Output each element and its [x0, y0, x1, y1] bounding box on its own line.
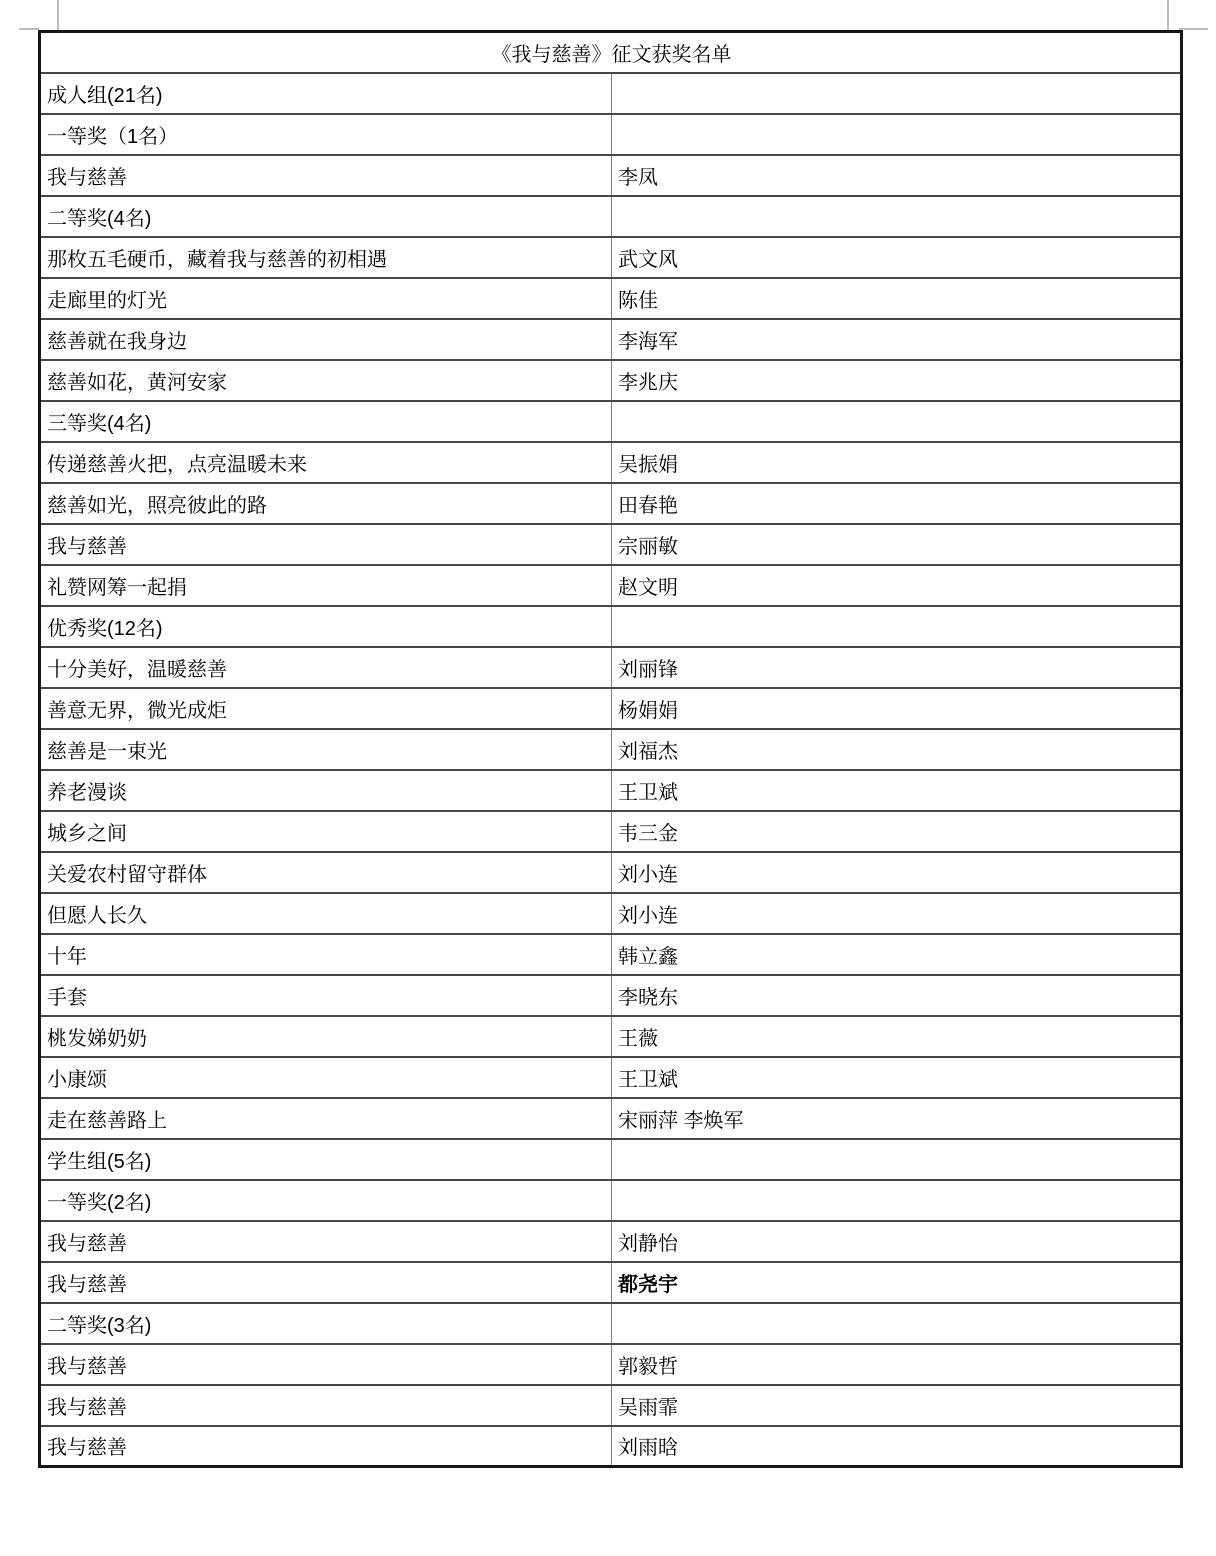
- entry-author-cell[interactable]: 李兆庆: [612, 360, 1182, 401]
- table-row: 传递慈善火把，点亮温暖未来吴振娟: [40, 442, 1182, 483]
- entry-author-cell[interactable]: 宋丽萍 李焕军: [612, 1098, 1182, 1139]
- entry-title-cell[interactable]: 桃发娣奶奶: [40, 1016, 612, 1057]
- entry-title-cell[interactable]: 养老漫谈: [40, 770, 612, 811]
- entry-title-cell[interactable]: 小康颂: [40, 1057, 612, 1098]
- entry-title-cell[interactable]: 成人组(21名): [40, 73, 612, 114]
- entry-title-cell[interactable]: 二等奖(3名): [40, 1303, 612, 1344]
- table-row: 我与慈善宗丽敏: [40, 524, 1182, 565]
- table-row: 走廊里的灯光陈佳: [40, 278, 1182, 319]
- table-row: 城乡之间韦三金: [40, 811, 1182, 852]
- table-title[interactable]: 《我与慈善》征文获奖名单: [40, 32, 1182, 73]
- table-row: 优秀奖(12名): [40, 606, 1182, 647]
- table-row: 桃发娣奶奶王薇: [40, 1016, 1182, 1057]
- entry-author-cell[interactable]: 郭毅哲: [612, 1344, 1182, 1385]
- entry-author-cell[interactable]: [612, 401, 1182, 442]
- entry-title-cell[interactable]: 我与慈善: [40, 524, 612, 565]
- entry-author-cell[interactable]: 宗丽敏: [612, 524, 1182, 565]
- sheet-gridline-vertical-left: [57, 0, 59, 30]
- entry-title-cell[interactable]: 传递慈善火把，点亮温暖未来: [40, 442, 612, 483]
- entry-author-cell[interactable]: 田春艳: [612, 483, 1182, 524]
- entry-author-cell[interactable]: 刘雨晗: [612, 1426, 1182, 1467]
- table-row: 关爱农村留守群体刘小连: [40, 852, 1182, 893]
- entry-author-cell[interactable]: [612, 114, 1182, 155]
- entry-author-cell[interactable]: 武文风: [612, 237, 1182, 278]
- entry-title-cell[interactable]: 慈善就在我身边: [40, 319, 612, 360]
- sheet-gridline-horizontal-left: [19, 28, 39, 30]
- entry-title-cell[interactable]: 我与慈善: [40, 1221, 612, 1262]
- table-row: 一等奖(2名): [40, 1180, 1182, 1221]
- table-row: 礼赞网筹一起捐赵文明: [40, 565, 1182, 606]
- entry-title-cell[interactable]: 我与慈善: [40, 1344, 612, 1385]
- entry-title-cell[interactable]: 礼赞网筹一起捐: [40, 565, 612, 606]
- entry-author-cell[interactable]: 李海军: [612, 319, 1182, 360]
- entry-title-cell[interactable]: 走廊里的灯光: [40, 278, 612, 319]
- entry-title-cell[interactable]: 慈善是一束光: [40, 729, 612, 770]
- table-row: 慈善就在我身边李海军: [40, 319, 1182, 360]
- entry-author-cell[interactable]: 吴振娟: [612, 442, 1182, 483]
- entry-author-cell[interactable]: [612, 606, 1182, 647]
- table-row: 我与慈善李凤: [40, 155, 1182, 196]
- entry-title-cell[interactable]: 优秀奖(12名): [40, 606, 612, 647]
- table-row: 一等奖（1名）: [40, 114, 1182, 155]
- entry-title-cell[interactable]: 关爱农村留守群体: [40, 852, 612, 893]
- table-row: 十分美好，温暖慈善刘丽锋: [40, 647, 1182, 688]
- entry-title-cell[interactable]: 慈善如光，照亮彼此的路: [40, 483, 612, 524]
- entry-title-cell[interactable]: 但愿人长久: [40, 893, 612, 934]
- table-row: 十年韩立鑫: [40, 934, 1182, 975]
- entry-author-cell[interactable]: 刘丽锋: [612, 647, 1182, 688]
- entry-author-cell[interactable]: 杨娟娟: [612, 688, 1182, 729]
- entry-author-cell[interactable]: 陈佳: [612, 278, 1182, 319]
- entry-title-cell[interactable]: 一等奖（1名）: [40, 114, 612, 155]
- table-row: 养老漫谈王卫斌: [40, 770, 1182, 811]
- sheet-area: 《我与慈善》征文获奖名单 成人组(21名)一等奖（1名）我与慈善李凤二等奖(4名…: [0, 0, 1216, 1556]
- table-row: 学生组(5名): [40, 1139, 1182, 1180]
- entry-author-cell[interactable]: [612, 196, 1182, 237]
- entry-title-cell[interactable]: 慈善如花，黄河安家: [40, 360, 612, 401]
- table-row: 我与慈善郭毅哲: [40, 1344, 1182, 1385]
- entry-author-cell[interactable]: 刘小连: [612, 852, 1182, 893]
- entry-author-cell[interactable]: 刘福杰: [612, 729, 1182, 770]
- entry-author-cell[interactable]: [612, 1180, 1182, 1221]
- entry-title-cell[interactable]: 善意无界，微光成炬: [40, 688, 612, 729]
- entry-author-cell[interactable]: 王卫斌: [612, 1057, 1182, 1098]
- entry-author-cell[interactable]: [612, 1303, 1182, 1344]
- table-row: 那枚五毛硬币，藏着我与慈善的初相遇武文风: [40, 237, 1182, 278]
- entry-author-cell[interactable]: 刘小连: [612, 893, 1182, 934]
- entry-author-cell[interactable]: 王薇: [612, 1016, 1182, 1057]
- table-row: 三等奖(4名): [40, 401, 1182, 442]
- table-row: 但愿人长久刘小连: [40, 893, 1182, 934]
- entry-title-cell[interactable]: 走在慈善路上: [40, 1098, 612, 1139]
- entry-title-cell[interactable]: 学生组(5名): [40, 1139, 612, 1180]
- entry-author-cell[interactable]: [612, 1139, 1182, 1180]
- entry-title-cell[interactable]: 手套: [40, 975, 612, 1016]
- entry-author-cell[interactable]: 都尧宇: [612, 1262, 1182, 1303]
- entry-title-cell[interactable]: 二等奖(4名): [40, 196, 612, 237]
- entry-title-cell[interactable]: 我与慈善: [40, 1385, 612, 1426]
- sheet-gridline-vertical-right: [1167, 0, 1169, 30]
- table-title-row: 《我与慈善》征文获奖名单: [40, 32, 1182, 73]
- entry-title-cell[interactable]: 十年: [40, 934, 612, 975]
- entry-title-cell[interactable]: 城乡之间: [40, 811, 612, 852]
- table-row: 我与慈善都尧宇: [40, 1262, 1182, 1303]
- table-row: 善意无界，微光成炬杨娟娟: [40, 688, 1182, 729]
- table-row: 我与慈善刘雨晗: [40, 1426, 1182, 1467]
- entry-title-cell[interactable]: 那枚五毛硬币，藏着我与慈善的初相遇: [40, 237, 612, 278]
- entry-title-cell[interactable]: 我与慈善: [40, 1262, 612, 1303]
- table-row: 成人组(21名): [40, 73, 1182, 114]
- entry-author-cell[interactable]: 韦三金: [612, 811, 1182, 852]
- table-row: 二等奖(4名): [40, 196, 1182, 237]
- table-row: 手套李晓东: [40, 975, 1182, 1016]
- entry-title-cell[interactable]: 我与慈善: [40, 1426, 612, 1467]
- table-row: 小康颂王卫斌: [40, 1057, 1182, 1098]
- entry-author-cell[interactable]: 赵文明: [612, 565, 1182, 606]
- entry-title-cell[interactable]: 一等奖(2名): [40, 1180, 612, 1221]
- table-row: 走在慈善路上宋丽萍 李焕军: [40, 1098, 1182, 1139]
- sheet-gridline-horizontal-right: [1179, 28, 1208, 30]
- table-row: 慈善如光，照亮彼此的路田春艳: [40, 483, 1182, 524]
- entry-author-cell[interactable]: [612, 73, 1182, 114]
- awards-table: 《我与慈善》征文获奖名单 成人组(21名)一等奖（1名）我与慈善李凤二等奖(4名…: [38, 30, 1183, 1468]
- table-row: 慈善是一束光刘福杰: [40, 729, 1182, 770]
- table-row: 我与慈善刘静怡: [40, 1221, 1182, 1262]
- entry-author-cell[interactable]: 王卫斌: [612, 770, 1182, 811]
- table-row: 二等奖(3名): [40, 1303, 1182, 1344]
- entry-author-cell[interactable]: 李晓东: [612, 975, 1182, 1016]
- table-row: 慈善如花，黄河安家李兆庆: [40, 360, 1182, 401]
- table-row: 我与慈善吴雨霏: [40, 1385, 1182, 1426]
- entry-author-cell[interactable]: 刘静怡: [612, 1221, 1182, 1262]
- entry-title-cell[interactable]: 三等奖(4名): [40, 401, 612, 442]
- entry-author-cell[interactable]: 李凤: [612, 155, 1182, 196]
- entry-title-cell[interactable]: 十分美好，温暖慈善: [40, 647, 612, 688]
- entry-author-cell[interactable]: 韩立鑫: [612, 934, 1182, 975]
- entry-title-cell[interactable]: 我与慈善: [40, 155, 612, 196]
- awards-table-body: 《我与慈善》征文获奖名单 成人组(21名)一等奖（1名）我与慈善李凤二等奖(4名…: [40, 32, 1182, 1467]
- entry-author-cell[interactable]: 吴雨霏: [612, 1385, 1182, 1426]
